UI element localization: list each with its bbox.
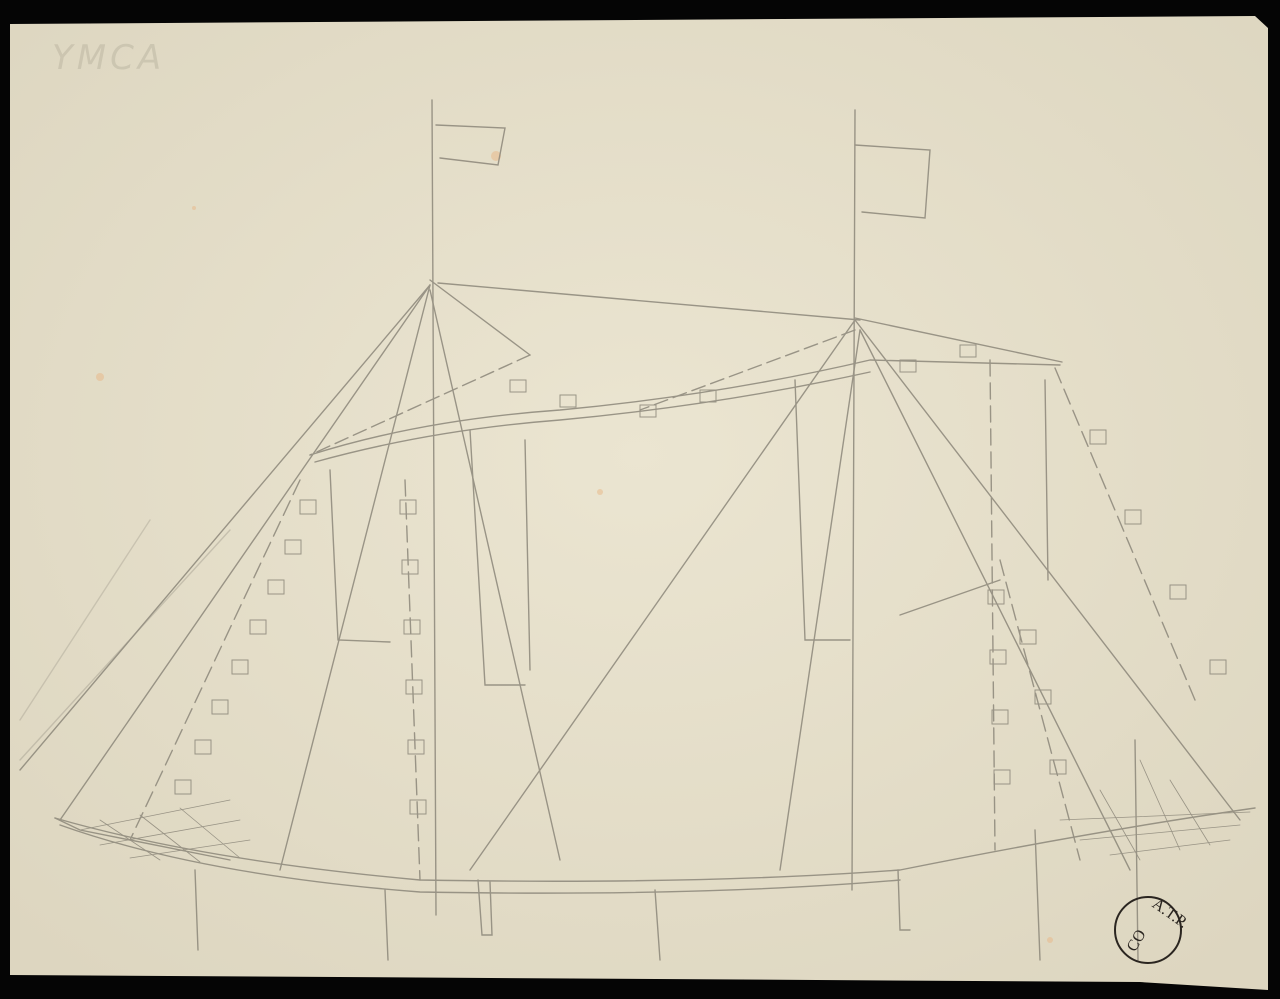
ymca-annotation: YMCA xyxy=(52,38,165,78)
paper-sheet xyxy=(10,16,1268,990)
sketch-canvas xyxy=(0,0,1280,999)
